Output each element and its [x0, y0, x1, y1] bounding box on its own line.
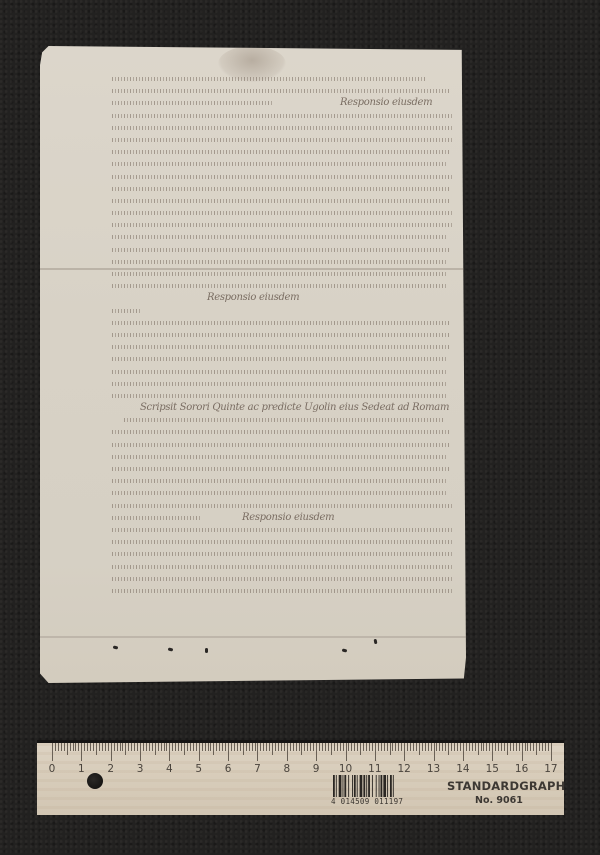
- ruler-tick: [398, 743, 399, 751]
- manuscript-line: [112, 183, 460, 195]
- ruler-tick: [527, 743, 528, 751]
- ruler-tick: [193, 743, 194, 751]
- ruler-tick: [510, 743, 511, 751]
- ruler-tick: [219, 743, 220, 751]
- manuscript-line: [112, 585, 460, 597]
- ruler-tick: [243, 743, 244, 755]
- handwriting-stroke: [112, 199, 450, 203]
- ruler-number: 16: [515, 763, 528, 775]
- ruler-tick: [322, 743, 323, 751]
- ruler-tick: [216, 743, 217, 751]
- ruler-tick: [175, 743, 176, 751]
- ruler-number: 1: [78, 763, 85, 775]
- manuscript-line: [112, 487, 460, 499]
- ruler-tick: [299, 743, 300, 751]
- handwriting-stroke: [112, 114, 452, 118]
- ruler-tick: [422, 743, 423, 751]
- ruler-tick: [81, 743, 82, 761]
- handwriting-stroke: [112, 345, 450, 349]
- ruler-tick: [99, 743, 100, 751]
- ruler-tick: [436, 743, 437, 751]
- manuscript-line: [112, 317, 460, 329]
- ruler-tick: [431, 743, 432, 751]
- manuscript-line: Responsio eiusdem: [112, 292, 460, 304]
- ruler-number: 12: [398, 763, 411, 775]
- ruler-tick: [152, 743, 153, 751]
- ruler-number: 14: [456, 763, 469, 775]
- ruler-tick: [434, 743, 435, 761]
- ruler-number: 8: [283, 763, 290, 775]
- ruler-tick: [205, 743, 206, 751]
- manuscript-line: [112, 548, 460, 560]
- ruler-tick: [539, 743, 540, 751]
- fold-line: [40, 636, 466, 638]
- ruler-tick: [507, 743, 508, 755]
- ruler-tick: [67, 743, 68, 755]
- ruler-tick: [337, 743, 338, 751]
- manuscript-line: [112, 231, 460, 243]
- ruler-tick: [525, 743, 526, 751]
- ruler-tick: [108, 743, 109, 751]
- ruler-tick: [75, 743, 76, 751]
- ruler-tick: [70, 743, 71, 751]
- ruler-tick: [442, 743, 443, 751]
- manuscript-line: [112, 329, 460, 341]
- handwriting-stroke: [124, 418, 444, 422]
- ruler-number: 10: [339, 763, 352, 775]
- handwriting-stroke: [112, 162, 448, 166]
- ruler-tick: [445, 743, 446, 751]
- ruler-tick: [125, 743, 126, 755]
- manuscript-line: [112, 353, 460, 365]
- ruler-tick: [504, 743, 505, 751]
- ruler-tick: [475, 743, 476, 751]
- ruler-tick: [469, 743, 470, 751]
- ruler-tick: [255, 743, 256, 751]
- ruler-tick: [78, 743, 79, 751]
- ruler-tick: [425, 743, 426, 751]
- ruler-tick: [184, 743, 185, 755]
- ruler-tick: [266, 743, 267, 751]
- ruler-tick: [533, 743, 534, 751]
- handwriting-stroke: [112, 540, 452, 544]
- manuscript-line: [112, 414, 460, 426]
- handwriting-stroke: [112, 430, 450, 434]
- manuscript-line: [112, 524, 460, 536]
- handwriting-stroke: [112, 150, 450, 154]
- ruler-tick: [310, 743, 311, 751]
- wormhole: [205, 648, 208, 653]
- ruler-number: 15: [486, 763, 499, 775]
- ruler-tick: [519, 743, 520, 751]
- ruler-number: 4: [166, 763, 173, 775]
- ruler-tick: [501, 743, 502, 751]
- ruler-tick: [428, 743, 429, 751]
- ruler-tick: [93, 743, 94, 751]
- measurement-ruler: 4 014509 011197 STANDARDGRAPH No. 9061 0…: [37, 743, 564, 815]
- ruler-tick: [513, 743, 514, 751]
- manuscript-line: Responsio eiusdem: [112, 97, 460, 109]
- ruler-tick: [454, 743, 455, 751]
- handwriting-stroke: [112, 126, 452, 130]
- ruler-tick: [187, 743, 188, 751]
- manuscript-line: [112, 573, 460, 585]
- ruler-tick: [516, 743, 517, 751]
- ruler-tick: [466, 743, 467, 751]
- ruler-tick: [363, 743, 364, 751]
- section-heading: Responsio eiusdem: [207, 292, 299, 303]
- ruler-tick: [401, 743, 402, 751]
- ruler-tick: [390, 743, 391, 755]
- ruler-number: 17: [544, 763, 557, 775]
- ruler-tick: [498, 743, 499, 751]
- ruler-tick: [287, 743, 288, 761]
- ruler-tick: [246, 743, 247, 751]
- ruler-tick: [384, 743, 385, 751]
- ruler-tick: [169, 743, 170, 761]
- ruler-tick: [260, 743, 261, 751]
- ruler-tick: [489, 743, 490, 751]
- ruler-tick: [172, 743, 173, 751]
- handwriting-stroke: [112, 272, 448, 276]
- ruler-tick: [196, 743, 197, 751]
- ruler-tick: [149, 743, 150, 751]
- ruler-tick: [120, 743, 121, 751]
- ruler-tick: [146, 743, 147, 751]
- handwriting-stroke: [112, 284, 448, 288]
- ruler-tick: [551, 743, 552, 761]
- ruler-tick: [381, 743, 382, 751]
- handwriting-stroke: [112, 577, 452, 581]
- manuscript-line: [112, 305, 460, 317]
- handwriting-stroke: [112, 187, 450, 191]
- manuscript-line: [112, 426, 460, 438]
- ruler-tick: [140, 743, 141, 761]
- ruler-tick: [128, 743, 129, 751]
- ruler-tick: [166, 743, 167, 751]
- handwriting-stroke: [112, 479, 448, 483]
- ruler-tick: [96, 743, 97, 755]
- ruler-tick: [530, 743, 531, 751]
- manuscript-line: [112, 171, 460, 183]
- ruler-tick: [457, 743, 458, 751]
- handwriting-stroke: [112, 528, 452, 532]
- ruler-tick: [143, 743, 144, 751]
- ruler-tick: [395, 743, 396, 751]
- ruler-hang-hole: [87, 773, 103, 789]
- manuscript-line: [112, 122, 460, 134]
- ruler-tick: [472, 743, 473, 751]
- manuscript-line: [112, 244, 460, 256]
- ruler-tick: [413, 743, 414, 751]
- ruler-tick: [483, 743, 484, 751]
- ruler-tick: [111, 743, 112, 761]
- ruler-tick: [190, 743, 191, 751]
- handwriting-stroke: [112, 589, 452, 593]
- handwriting-stroke: [112, 260, 448, 264]
- manuscript-line: [112, 390, 460, 402]
- ruler-tick: [284, 743, 285, 751]
- manuscript-line: [112, 268, 460, 280]
- ruler-number: 13: [427, 763, 440, 775]
- manuscript-line: [112, 73, 460, 85]
- ruler-tick: [55, 743, 56, 751]
- ruler-tick: [134, 743, 135, 751]
- manuscript-line: [112, 85, 460, 97]
- handwriting-stroke: [112, 552, 452, 556]
- ruler-tick: [307, 743, 308, 751]
- manuscript-line: [112, 439, 460, 451]
- section-heading: Scripsit Sorori Quinte ac predicte Ugoli…: [140, 402, 449, 413]
- ruler-tick: [404, 743, 405, 761]
- ruler-tick: [275, 743, 276, 751]
- manuscript-line: [112, 366, 460, 378]
- ruler-tick: [58, 743, 59, 751]
- handwriting-stroke: [112, 138, 452, 142]
- ruler-tick: [252, 743, 253, 751]
- ruler-tick: [328, 743, 329, 751]
- ruler-tick: [290, 743, 291, 751]
- ruler-tick: [105, 743, 106, 751]
- ruler-model: No. 9061: [475, 795, 523, 806]
- ruler-tick: [161, 743, 162, 751]
- ruler-tick: [319, 743, 320, 751]
- ruler-tick: [102, 743, 103, 751]
- handwriting-stroke: [112, 175, 452, 179]
- handwritten-text-block: Responsio eiusdemResponsio eiusdemScrips…: [112, 73, 460, 597]
- ruler-tick: [313, 743, 314, 751]
- ruler-brand: STANDARDGRAPH: [447, 779, 565, 793]
- manuscript-line: [112, 195, 460, 207]
- manuscript-line: Responsio eiusdem: [112, 512, 460, 524]
- ruler-tick: [545, 743, 546, 751]
- ruler-tick: [301, 743, 302, 755]
- manuscript-line: [112, 256, 460, 268]
- manuscript-line: [112, 158, 460, 170]
- ruler-tick: [222, 743, 223, 751]
- handwriting-stroke: [112, 504, 452, 508]
- ruler-number: 6: [225, 763, 232, 775]
- ruler-tick: [481, 743, 482, 751]
- ruler-tick: [296, 743, 297, 751]
- ruler-tick: [272, 743, 273, 755]
- ruler-tick: [492, 743, 493, 761]
- wormhole: [374, 639, 378, 644]
- ruler-tick: [542, 743, 543, 751]
- ruler-tick: [410, 743, 411, 751]
- handwriting-stroke: [112, 309, 142, 313]
- ruler-number: 5: [195, 763, 202, 775]
- ruler-tick: [343, 743, 344, 751]
- ruler-tick: [199, 743, 200, 761]
- ruler-tick: [234, 743, 235, 751]
- ruler-tick: [64, 743, 65, 751]
- ruler-tick: [213, 743, 214, 755]
- handwriting-stroke: [112, 89, 450, 93]
- ruler-number: 3: [137, 763, 144, 775]
- ruler-tick: [439, 743, 440, 751]
- wormhole: [113, 645, 119, 649]
- ruler-tick: [460, 743, 461, 751]
- handwriting-stroke: [112, 223, 452, 227]
- ruler-tick: [448, 743, 449, 755]
- manuscript-line: [112, 280, 460, 292]
- ruler-tick: [90, 743, 91, 751]
- handwriting-stroke: [112, 235, 448, 239]
- handwriting-stroke: [112, 77, 427, 81]
- handwriting-stroke: [112, 357, 448, 361]
- ruler-tick: [137, 743, 138, 751]
- ruler-tick: [375, 743, 376, 761]
- manuscript-line: [112, 536, 460, 548]
- ruler-tick: [114, 743, 115, 751]
- manuscript-line: [112, 561, 460, 573]
- ruler-tick: [366, 743, 367, 751]
- barcode-icon: [333, 775, 421, 797]
- handwriting-stroke: [112, 491, 448, 495]
- ruler-tick: [357, 743, 358, 751]
- ruler-tick: [237, 743, 238, 751]
- manuscript-line: [112, 341, 460, 353]
- ruler-tick: [369, 743, 370, 751]
- handwriting-stroke: [112, 101, 272, 105]
- ruler-tick: [208, 743, 209, 751]
- ruler-tick: [87, 743, 88, 751]
- ruler-tick: [269, 743, 270, 751]
- ruler-number: 11: [368, 763, 381, 775]
- handwriting-stroke: [112, 455, 448, 459]
- ruler-tick: [354, 743, 355, 751]
- ruler-tick: [478, 743, 479, 755]
- ruler-tick: [202, 743, 203, 751]
- wormhole: [168, 647, 174, 651]
- ruler-number: 7: [254, 763, 261, 775]
- manuscript-line: [112, 110, 460, 122]
- barcode-number: 4 014509 011197: [331, 797, 403, 806]
- ruler-number: 9: [313, 763, 320, 775]
- ruler-tick: [536, 743, 537, 755]
- ruler-tick: [240, 743, 241, 751]
- handwriting-stroke: [112, 321, 450, 325]
- ruler-tick: [392, 743, 393, 751]
- ruler-tick: [117, 743, 118, 751]
- handwriting-stroke: [112, 516, 202, 520]
- ruler-tick: [351, 743, 352, 751]
- handwriting-stroke: [112, 333, 450, 337]
- ruler-tick: [331, 743, 332, 755]
- manuscript-line: [112, 146, 460, 158]
- manuscript-line: [112, 219, 460, 231]
- manuscript-line: Scripsit Sorori Quinte ac predicte Ugoli…: [112, 402, 460, 414]
- ruler-tick: [378, 743, 379, 751]
- manuscript-line: [112, 451, 460, 463]
- ruler-tick: [164, 743, 165, 751]
- ruler-tick: [416, 743, 417, 751]
- ruler-tick: [155, 743, 156, 755]
- ruler-tick: [407, 743, 408, 751]
- handwriting-stroke: [112, 394, 448, 398]
- manuscript-page: Responsio eiusdemResponsio eiusdemScrips…: [40, 46, 466, 683]
- ruler-tick: [225, 743, 226, 751]
- ruler-tick: [158, 743, 159, 751]
- ruler-number: 0: [49, 763, 56, 775]
- ruler-tick: [316, 743, 317, 761]
- manuscript-line: [112, 475, 460, 487]
- wormhole: [342, 648, 348, 652]
- ruler-tick: [257, 743, 258, 761]
- ruler-tick: [360, 743, 361, 755]
- ruler-tick: [486, 743, 487, 751]
- ruler-tick: [131, 743, 132, 751]
- ruler-tick: [340, 743, 341, 751]
- ruler-tick: [348, 743, 349, 751]
- ruler-tick: [228, 743, 229, 761]
- ruler-tick: [334, 743, 335, 751]
- ruler-tick: [304, 743, 305, 751]
- ruler-tick: [548, 743, 549, 751]
- manuscript-line: [112, 463, 460, 475]
- handwriting-stroke: [112, 211, 452, 215]
- ruler-tick: [52, 743, 53, 761]
- ruler-tick: [372, 743, 373, 751]
- ruler-tick: [522, 743, 523, 761]
- ruler-tick: [278, 743, 279, 751]
- ruler-tick: [346, 743, 347, 761]
- section-heading: Responsio eiusdem: [340, 97, 432, 109]
- ruler-tick: [181, 743, 182, 751]
- handwriting-stroke: [112, 248, 450, 252]
- ruler-tick: [73, 743, 74, 751]
- manuscript-line: [112, 207, 460, 219]
- ruler-tick: [463, 743, 464, 761]
- ruler-tick: [419, 743, 420, 755]
- ruler-tick: [231, 743, 232, 751]
- ruler-tick: [387, 743, 388, 751]
- manuscript-line: [112, 378, 460, 390]
- handwriting-stroke: [112, 565, 452, 569]
- section-heading: Responsio eiusdem: [242, 512, 334, 524]
- manuscript-line: [112, 134, 460, 146]
- ruler-tick: [293, 743, 294, 751]
- ruler-tick: [325, 743, 326, 751]
- ruler-number: 2: [107, 763, 114, 775]
- ruler-tick: [495, 743, 496, 751]
- ruler-tick: [122, 743, 123, 751]
- ruler-tick: [281, 743, 282, 751]
- handwriting-stroke: [112, 370, 448, 374]
- handwriting-stroke: [112, 443, 450, 447]
- ruler-tick: [451, 743, 452, 751]
- ruler-tick: [178, 743, 179, 751]
- manuscript-line: [112, 500, 460, 512]
- ruler-tick: [84, 743, 85, 751]
- ruler-tick: [263, 743, 264, 751]
- ruler-tick: [61, 743, 62, 751]
- ruler-tick: [210, 743, 211, 751]
- ruler-tick: [249, 743, 250, 751]
- handwriting-stroke: [112, 467, 450, 471]
- handwriting-stroke: [112, 382, 448, 386]
